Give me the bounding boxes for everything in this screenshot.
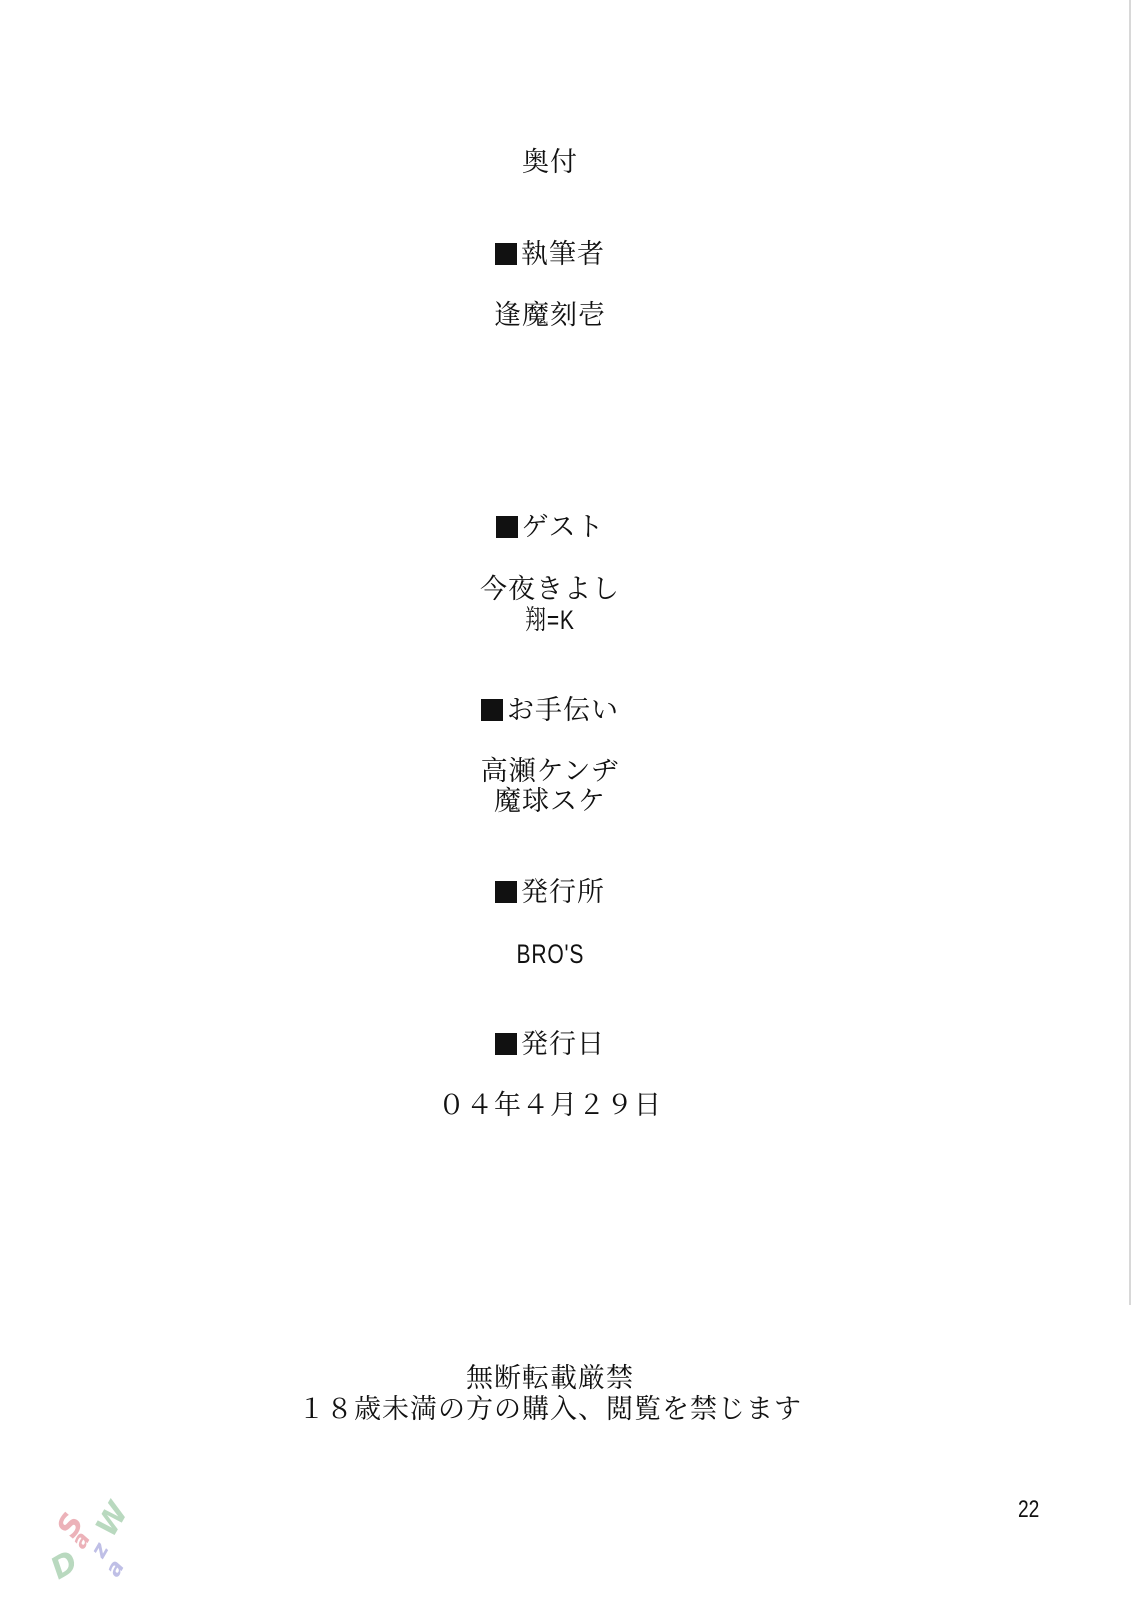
guest-name-2-text: 翔=K <box>525 605 575 635</box>
watermark-letter: a <box>101 1556 130 1581</box>
guest-name-1: 今夜きよし <box>0 575 1100 605</box>
notice-age-restriction: １８歳未満の方の購入、閲覧を禁じます <box>0 1395 1100 1425</box>
notice-no-reproduction: 無断転載厳禁 <box>0 1364 1100 1394</box>
publisher-name: BRO'S <box>0 939 1100 970</box>
author-name: 逢魔刻壱 <box>0 301 1100 331</box>
section-heading-assistants: お手伝い <box>0 696 1100 726</box>
page-number: 22 <box>1018 1496 1039 1524</box>
watermark-letter: D <box>45 1544 84 1587</box>
section-heading-publisher: 発行所 <box>0 878 1100 908</box>
publisher-name-text: BRO'S <box>516 939 584 969</box>
guest-name-2: 翔=K <box>0 605 1100 636</box>
section-heading-guest: ゲスト <box>0 513 1100 543</box>
publish-date: ０４年４月２９日 <box>0 1091 1100 1121</box>
section-heading-author: 執筆者 <box>0 240 1100 270</box>
assistant-name-1: 高瀬ケンヂ <box>0 757 1100 787</box>
section-heading-publish-date: 発行日 <box>0 1030 1100 1060</box>
assistant-name-2: 魔球スケ <box>0 787 1100 817</box>
colophon-title: 奥付 <box>0 148 1100 178</box>
watermark-letter: W <box>89 1496 136 1542</box>
watermark-logo: S a W D z a <box>48 1500 138 1590</box>
